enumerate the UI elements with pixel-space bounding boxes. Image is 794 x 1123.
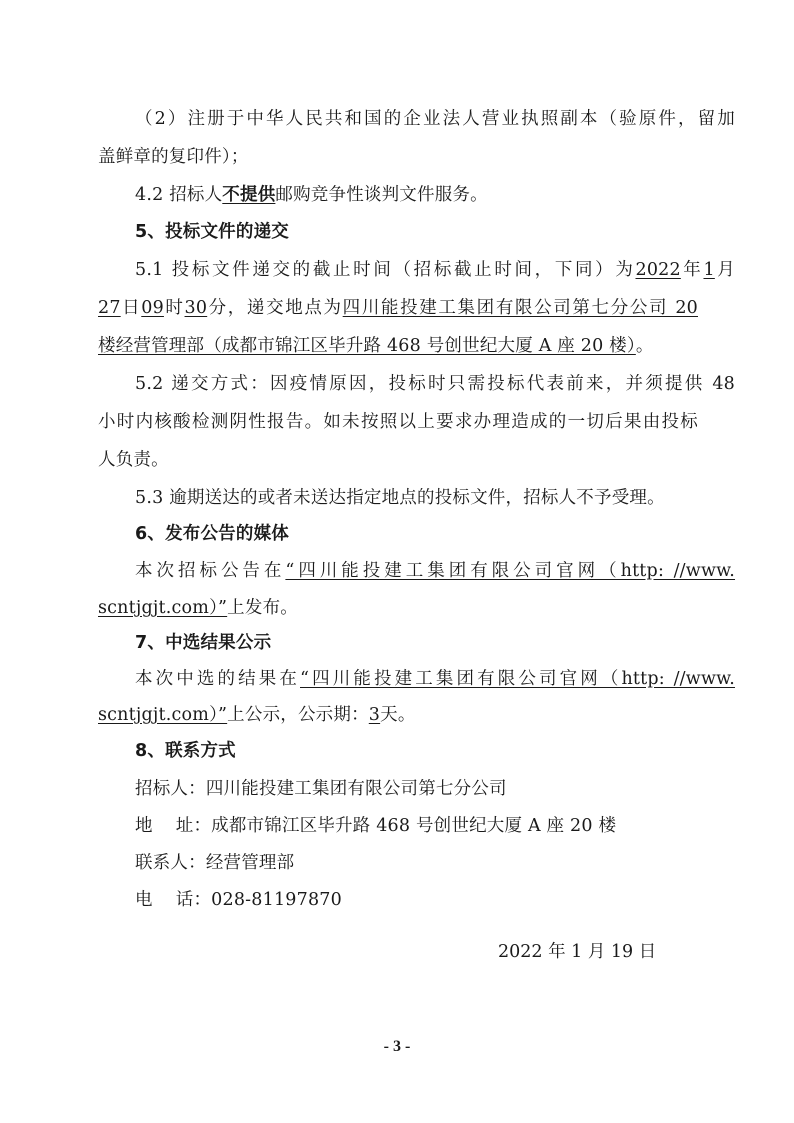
deadline-day: 27 <box>98 298 121 318</box>
paragraph-4-2: 4.2 招标人不提供邮购竞争性谈判文件服务。 <box>98 176 735 214</box>
text: 本次中选的结果在 <box>135 669 300 689</box>
paragraph-4-1-2-line2: 盖鲜章的复印件）； <box>98 138 698 176</box>
text: 本次招标公告在 <box>135 561 285 581</box>
section-8-heading: 8、联系方式 <box>98 732 735 770</box>
paragraph-5-2-line1: 5.2 递交方式：因疫情原因，投标时只需投标代表前来，并须提供 48 <box>98 365 735 403</box>
text: 上公示，公示期： <box>227 705 369 725</box>
publicity-days: 3 <box>369 705 380 725</box>
deadline-month: 1 <box>703 260 714 280</box>
contact-value: 四川能投建工集团有限公司第七分公司 <box>206 779 507 799</box>
text: 月 <box>715 260 735 280</box>
text: 天。 <box>380 705 415 725</box>
paragraph-6-line2: scntjgjt.com）”上发布。 <box>98 589 698 627</box>
contact-row-tenderer: 招标人：四川能投建工集团有限公司第七分公司 <box>98 770 735 808</box>
page-number: - 3 - <box>0 1038 794 1056</box>
text: 日 <box>121 298 142 318</box>
paragraph-5-1-line3: 楼经营管理部（成都市锦江区毕升路 468 号创世纪大厦 A 座 20 楼）。 <box>98 327 698 365</box>
contact-row-phone: 电 话：028-81197870 <box>98 881 735 919</box>
text: 。 <box>636 336 654 356</box>
text: 5.1 投标文件递交的截止时间（招标截止时间，下同）为 <box>135 260 636 280</box>
contact-label: 地 址： <box>135 816 211 836</box>
item-4-2-prefix: 4.2 招标人 <box>135 185 222 205</box>
document-date: 2022 年 1 月 19 日 <box>498 940 656 964</box>
contact-value: 成都市锦江区毕升路 468 号创世纪大厦 A 座 20 楼 <box>211 816 616 836</box>
contact-label: 招标人： <box>135 779 206 799</box>
paragraph-7-line2: scntjgjt.com）”上公示，公示期：3天。 <box>98 696 698 734</box>
paragraph-6-line1: 本次招标公告在“四川能投建工集团有限公司官网（http: //www. <box>98 552 735 590</box>
deadline-hour: 09 <box>141 298 164 318</box>
text: 年 <box>681 260 704 280</box>
submission-place-cont: 楼经营管理部（成都市锦江区毕升路 468 号创世纪大厦 A 座 20 楼） <box>98 336 636 356</box>
section-6-heading: 6、发布公告的媒体 <box>98 515 735 553</box>
website-link-cont[interactable]: scntjgjt.com）” <box>98 705 227 725</box>
contact-value: 经营管理部 <box>206 853 295 873</box>
paragraph-5-2-line3: 人负责。 <box>98 441 698 479</box>
item-4-2-emphasis: 不提供 <box>222 185 275 205</box>
website-link[interactable]: “四川能投建工集团有限公司官网（http: //www. <box>300 669 735 689</box>
contact-row-address: 地 址：成都市锦江区毕升路 468 号创世纪大厦 A 座 20 楼 <box>98 807 735 845</box>
section-7-heading: 7、中选结果公示 <box>98 624 735 662</box>
paragraph-5-2-line2: 小时内核酸检测阴性报告。如未按照以上要求办理造成的一切后果由投标 <box>98 403 698 441</box>
website-link-cont[interactable]: scntjgjt.com）” <box>98 598 227 618</box>
contact-label: 联系人： <box>135 853 206 873</box>
contact-label: 电 话： <box>135 890 211 910</box>
text: 上发布。 <box>227 598 298 618</box>
paragraph-4-1-2-line1: （2）注册于中华人民共和国的企业法人营业执照副本（验原件，留加 <box>98 100 735 138</box>
item-4-2-suffix: 邮购竞争性谈判文件服务。 <box>275 185 487 205</box>
paragraph-5-3: 5.3 逾期送达的或者未送达指定地点的投标文件，招标人不予受理。 <box>98 479 735 517</box>
section-5-heading: 5、投标文件的递交 <box>98 213 735 251</box>
deadline-year: 2022 <box>636 260 681 280</box>
paragraph-7-line1: 本次中选的结果在“四川能投建工集团有限公司官网（http: //www. <box>98 660 735 698</box>
website-link[interactable]: “四川能投建工集团有限公司官网（http: //www. <box>285 561 735 581</box>
contact-value: 028-81197870 <box>211 890 342 910</box>
deadline-minute: 30 <box>185 298 208 318</box>
submission-place: 四川能投建工集团有限公司第七分公司 20 <box>343 298 698 318</box>
text: 时 <box>164 298 185 318</box>
paragraph-5-1-line1: 5.1 投标文件递交的截止时间（招标截止时间，下同）为2022年1月 <box>98 251 735 289</box>
text: 分，递交地点为 <box>207 298 342 318</box>
contact-row-person: 联系人：经营管理部 <box>98 844 735 882</box>
paragraph-5-1-line2: 27日09时30分，递交地点为四川能投建工集团有限公司第七分公司 20 <box>98 289 698 327</box>
